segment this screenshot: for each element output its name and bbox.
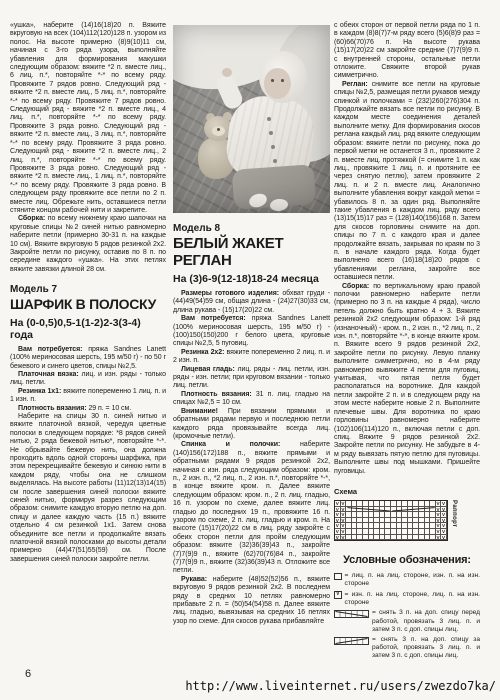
legend-title: Условные обозначения: (334, 554, 480, 566)
legend-item: = лиц. п. на лиц. стороне, изн. п. на из… (334, 572, 480, 588)
legend-section: Условные обозначения: = лиц. п. на лиц. … (334, 554, 480, 660)
column-right: с обеих сторон от первой петли ряда по 1… (334, 22, 480, 663)
model8-label: Модель 8 (173, 223, 330, 234)
legend-item: = снять 3 п. на доп. спицу перед работой… (334, 609, 480, 633)
hat-assembly-paragraph: Сборка: по всему нижнему краю шапочки на… (10, 215, 166, 274)
materials-paragraph: Вам потребуется: пряжа Sandnes Lanett (1… (10, 346, 166, 371)
column-middle: Модель 8 БЕЛЫЙ ЖАКЕТ РЕГЛАН На (3)6-9(12… (173, 25, 330, 626)
page-number: 6 (25, 668, 31, 680)
watermark-url: http://www.liveinternet.ru/users/zwezdo7… (185, 679, 496, 693)
cable-6-back-icon (334, 637, 369, 648)
finished-sizes-paragraph: Размеры готового изделия: обхват груди -… (173, 290, 330, 315)
assembly-paragraph: Сборка: по вертикальному краю правой пол… (334, 283, 480, 476)
magazine-page: «ушка», наберите (14)16(18)20 п. Вяжите … (0, 0, 500, 700)
raglan-paragraph: Реглан: снимите все петли на круговые сп… (334, 81, 480, 283)
gauge-paragraph: Плотность вязания: 29 п. = 10 см. (10, 405, 166, 413)
model8-sizes: На (3)6-9(12-18)18-24 месяца (173, 273, 330, 285)
knitting-chart-section: Схема VVVVVVVVVVVVVVVVVVVVVVVVVVVV Раппо… (334, 487, 480, 541)
cable-6-front-icon (334, 610, 369, 621)
stockinette-paragraph: Лицевая гладь: лиц. ряды - лиц. петли, и… (173, 366, 330, 391)
sleeve-continuation-paragraph: с обеих сторон от первой петли ряда по 1… (334, 22, 480, 81)
chart-title: Схема (334, 487, 480, 496)
knit-stitch-icon (334, 573, 342, 581)
rib-paragraph: Резинка 2x2: вяжите попеременно 2 лиц. п… (173, 349, 330, 366)
column-left: «ушка», наберите (14)16(18)20 п. Вяжите … (10, 22, 166, 564)
baby-photo (173, 25, 330, 213)
sleeves-paragraph: Рукава: наберите (48)52(52)56 п., вяжите… (173, 576, 330, 626)
legend-item: = снять 3 п. на доп. спицу за работой, п… (334, 636, 480, 660)
model7-sizes: На (0-0,5)0,5-1(1-2)2-3(3-4) года (10, 317, 166, 341)
attention-paragraph: Внимание! При вязании прямыми и обратным… (173, 408, 330, 442)
model7-label: Модель 7 (10, 284, 166, 295)
rib-paragraph: Резинка 1x1: вяжите попеременно 1 лиц. п… (10, 388, 166, 405)
back-fronts-paragraph: Спинка и полочки: наберите (140)156(172)… (173, 441, 330, 576)
paragraph-lead: Сборка: (18, 215, 45, 222)
materials-paragraph: Вам потребуется: пряжа Sandnes Lanett (1… (173, 315, 330, 349)
photo-vignette (173, 25, 330, 213)
model8-title: БЕЛЫЙ ЖАКЕТ РЕГЛАН (173, 236, 330, 269)
rapport-label: Раппорт (451, 500, 457, 541)
gauge-paragraph: Плотность вязания: 31 п. лиц. гладью на … (173, 391, 330, 408)
hat-continuation-paragraph: «ушка», наберите (14)16(18)20 п. Вяжите … (10, 22, 166, 215)
purl-stitch-icon: V (334, 591, 342, 599)
legend-item: V = изн. п. на лиц. стороне, лиц. п. на … (334, 591, 480, 607)
knitting-chart: VVVVVVVVVVVVVVVVVVVVVVVVVVVV Раппорт (334, 500, 480, 541)
model7-title: ШАРФИК В ПОЛОСКУ (10, 297, 166, 313)
chart-grid: VVVVVVVVVVVVVVVVVVVVVVVVVVVV (334, 500, 448, 541)
chart-cell: V (441, 535, 447, 541)
scarf-instructions-paragraph: Наберите на спицы 30 п. синей нитью и вя… (10, 413, 166, 564)
garter-stitch-paragraph: Платочная вязка: лиц. и изн. ряды - толь… (10, 371, 166, 388)
